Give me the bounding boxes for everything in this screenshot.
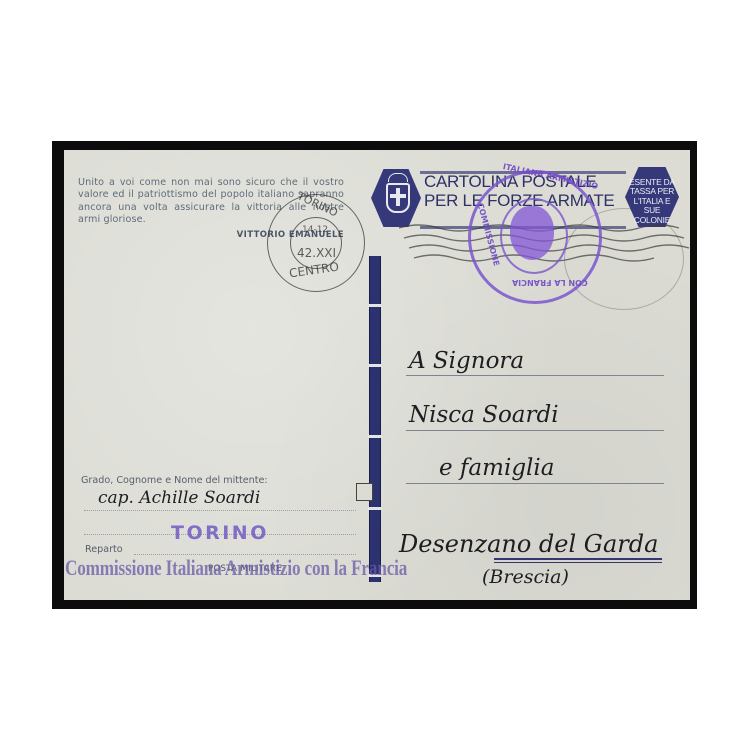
torino-stamp: TORINO [171, 522, 269, 544]
recipient-line-5: (Brescia) [482, 566, 569, 588]
flagpole-divider [369, 256, 381, 582]
savoy-crest-icon [386, 183, 410, 213]
seal-emblem-icon [510, 206, 554, 260]
address-line [406, 375, 664, 376]
dotted-line [84, 510, 356, 511]
commission-line-stamp: Commissione Italiana Armistizio con la F… [65, 555, 407, 581]
recipient-line-3: e famiglia [439, 455, 554, 481]
address-line [406, 483, 664, 484]
sender-field-label: Grado, Cognome e Nome del mittente: [81, 475, 268, 486]
postmark-date-1: 14-12 [302, 225, 328, 235]
postmark-date-2: 42.XXI [297, 246, 336, 260]
pole-band [368, 507, 382, 510]
flag-icon [356, 483, 373, 501]
reparto-label: Reparto [85, 544, 123, 555]
postcard: Unito a voi come non mai sono sicuro che… [64, 150, 690, 600]
address-line [406, 430, 664, 431]
pole-band [368, 364, 382, 367]
sender-name: cap. Achille Soardi [98, 488, 260, 508]
recipient-line-1: A Signora [409, 348, 524, 374]
recipient-line-4: Desenzano del Garda [399, 530, 658, 558]
seal-text-bottom: CON LA FRANCIA [512, 278, 588, 287]
recipient-line-2: Nisca Soardi [409, 402, 559, 428]
pole-band [368, 304, 382, 307]
crown-icon [388, 173, 408, 182]
underline [494, 558, 662, 560]
underline [494, 562, 662, 563]
exempt-text: ESENTE DA TASSA PER L'ITALIA E SUE COLON… [625, 178, 679, 225]
pole-band [368, 435, 382, 438]
